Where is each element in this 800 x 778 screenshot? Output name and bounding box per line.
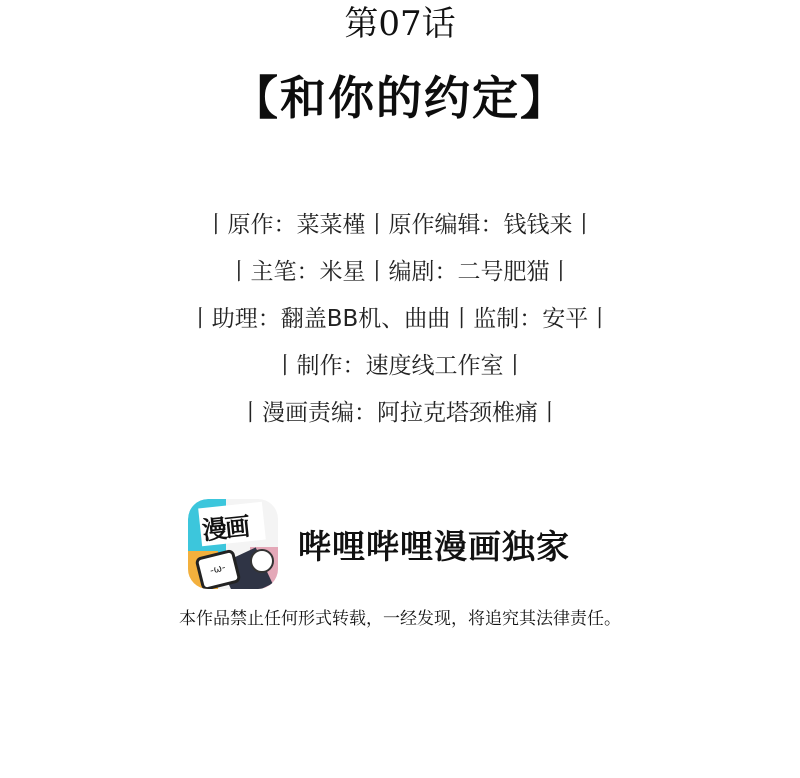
credit-line-assistant: 丨助理：翻盖BB机、曲曲丨监制：安平丨 [0, 300, 800, 347]
chapter-number: 第07话 [0, 2, 800, 46]
credit-line-artist: 丨主笔：米星丨编剧：二号肥猫丨 [0, 253, 800, 300]
bilibili-manga-app-icon: 漫画 -ω- [188, 499, 278, 589]
credit-line-production: 丨制作：速度线工作室丨 [0, 347, 800, 394]
chapter-title: 【和你的约定】 [0, 68, 800, 128]
brand-label: 哔哩哔哩漫画独家 [298, 521, 570, 568]
copyright-notice: 本作品禁止任何形式转载，一经发现，将追究其法律责任。 [0, 606, 800, 632]
thumbs-up-icon [250, 549, 274, 573]
credit-line-original: 丨原作：菜菜槿丨原作编辑：钱钱来丨 [0, 206, 800, 253]
credits-block: 丨原作：菜菜槿丨原作编辑：钱钱来丨 丨主笔：米星丨编剧：二号肥猫丨 丨助理：翻盖… [0, 206, 800, 441]
icon-logo-text: 漫画 [200, 507, 250, 548]
credit-line-editor: 丨漫画责编：阿拉克塔颈椎痛丨 [0, 394, 800, 441]
brand-banner: 漫画 -ω- 哔哩哔哩漫画独家 [188, 498, 570, 590]
